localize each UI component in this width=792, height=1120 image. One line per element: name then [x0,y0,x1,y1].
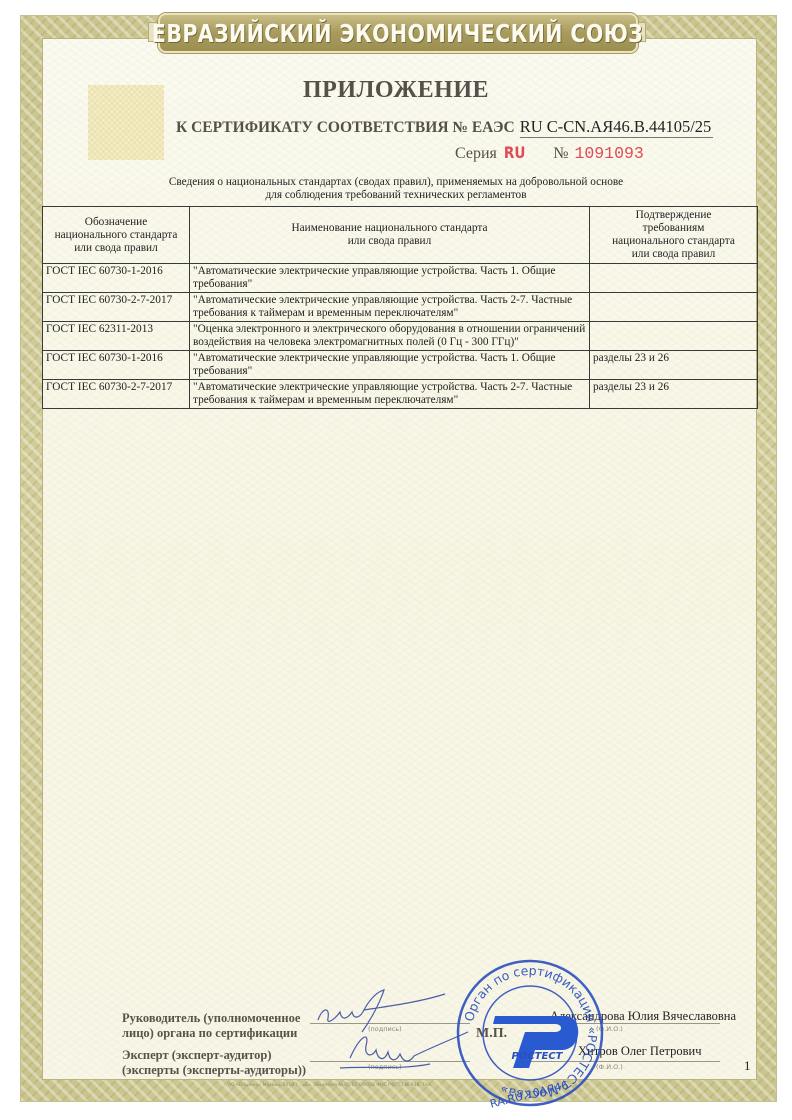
intro-line-2: для соблюдения требований технических ре… [0,189,792,202]
table-row: ГОСТ IEC 60730-1-2016 "Автоматические эл… [43,264,758,293]
number-label: № [553,145,568,163]
certification-stamp: Орган по сертификации «РОСТЕСТ-Москва» R… [455,958,605,1108]
series-label: Серия [455,145,497,163]
expert-signature [330,1028,470,1078]
header-code: Обозначение национального стандарта или … [43,207,190,264]
certificate-number: RU С-CN.АЯ46.В.44105/25 [520,117,714,138]
standard-name: "Оценка электронного и электрического об… [190,322,590,351]
standard-name: "Автоматические электрические управляющи… [190,264,590,293]
printer-imprint: АО «Опцион», Москва, 2019 г., «Б». Лицен… [228,1083,432,1088]
union-banner: ЕВРАЗИЙСКИЙ ЭКОНОМИЧЕСКИЙ СОЮЗ [158,13,638,53]
header-confirmation: Подтверждение требованиям национального … [590,207,758,264]
table-row: ГОСТ IEC 62311-2013 "Оценка электронного… [43,322,758,351]
series-value: RU [504,143,526,162]
table-row: ГОСТ IEC 60730-1-2016 "Автоматические эл… [43,351,758,380]
expert-label: Эксперт (эксперт-аудитор) (эксперты (экс… [122,1048,306,1078]
intro-text: Сведения о национальных стандартах (свод… [0,176,792,201]
certificate-label: К СЕРТИФИКАТУ СООТВЕТСТВИЯ № ЕАЭС [176,119,515,137]
standard-confirmation [590,264,758,293]
standard-name: "Автоматические электрические управляющи… [190,380,590,409]
head-label: Руководитель (уполномоченное лицо) орган… [122,1011,300,1041]
form-number: 1091093 [574,144,643,163]
standard-confirmation: разделы 23 и 26 [590,380,758,409]
standard-confirmation: разделы 23 и 26 [590,351,758,380]
standards-table: Обозначение национального стандарта или … [42,206,758,409]
intro-line-1: Сведения о национальных стандартах (свод… [0,176,792,189]
table-row: ГОСТ IEC 60730-2-7-2017 "Автоматические … [43,380,758,409]
standard-confirmation [590,293,758,322]
standard-name: "Автоматические электрические управляющи… [190,351,590,380]
stamp-logo-text: РОСТЕСТ [512,1051,564,1062]
standard-name: "Автоматические электрические управляющи… [190,293,590,322]
series-line: Серия RU № 1091093 [455,143,644,163]
certificate-line: К СЕРТИФИКАТУ СООТВЕТСТВИЯ № ЕАЭС RU С-C… [176,117,713,138]
standard-code: ГОСТ IEC 60730-1-2016 [43,264,190,293]
table-row: ГОСТ IEC 60730-2-7-2017 "Автоматические … [43,293,758,322]
page-number: 1 [744,1058,751,1074]
header-name: Наименование национального стандарта или… [190,207,590,264]
standard-code: ГОСТ IEC 60730-1-2016 [43,351,190,380]
standard-confirmation [590,322,758,351]
standard-code: ГОСТ IEC 60730-2-7-2017 [43,380,190,409]
standard-code: ГОСТ IEC 62311-2013 [43,322,190,351]
page-title: ПРИЛОЖЕНИЕ [0,77,792,104]
table-header-row: Обозначение национального стандарта или … [43,207,758,264]
union-banner-text: ЕВРАЗИЙСКИЙ ЭКОНОМИЧЕСКИЙ СОЮЗ [152,19,643,48]
standard-code: ГОСТ IEC 60730-2-7-2017 [43,293,190,322]
